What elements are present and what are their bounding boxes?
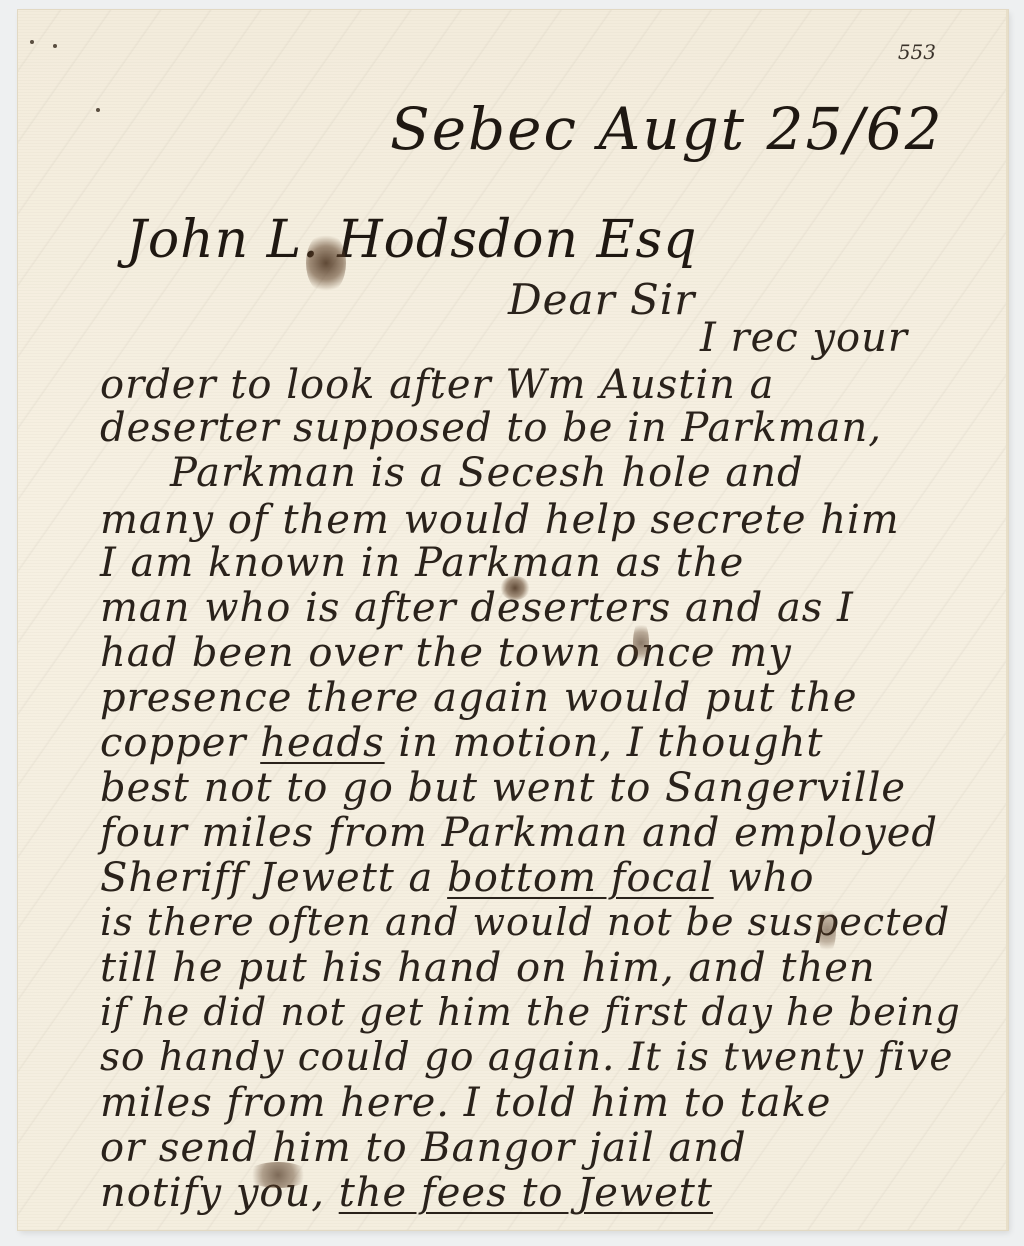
ink-blot (246, 1162, 310, 1188)
paper-speck (30, 40, 34, 44)
letter-line: best not to go but went to Sangerville (100, 765, 906, 811)
underlined-text: heads (260, 720, 384, 766)
underlined-text: the fees to Jewett (339, 1170, 713, 1216)
paper-speck (53, 44, 57, 48)
letter-line: miles from here. I told him to take (100, 1080, 831, 1126)
letter-line: many of them would help secrete him (100, 497, 900, 543)
letter-line: copper heads in motion, I thought (100, 720, 823, 766)
ink-blot (633, 620, 649, 666)
letter-line: or send him to Bangor jail and (100, 1125, 747, 1171)
greeting: Dear Sir (508, 275, 695, 324)
line-text: Sheriff Jewett a (100, 855, 447, 901)
letter-line: if he did not get him the first day he b… (100, 990, 961, 1034)
scan-stage: 553 Sebec Augt 25/62 John L. Hodsdon Esq… (0, 0, 1024, 1246)
ink-blot (500, 576, 530, 600)
line-text: in motion, I thought (385, 720, 824, 766)
letter-line: so handy could go again. It is twenty fi… (100, 1035, 953, 1080)
letter-line: order to look after Wm Austin a (100, 362, 774, 408)
line-text: who (714, 855, 815, 901)
letter-line: I rec your (700, 315, 908, 361)
paper-speck (96, 108, 100, 112)
page-number: 553 (898, 40, 936, 64)
letter-line: man who is after deserters and as I (100, 585, 854, 631)
line-text: copper (100, 720, 260, 766)
letter-line: presence there again would put the (100, 675, 858, 721)
underlined-text: bottom focal (447, 855, 714, 901)
addressee: John L. Hodsdon Esq (126, 210, 697, 270)
letter-line: four miles from Parkman and employed (100, 810, 938, 856)
letter-line: had been over the town once my (100, 630, 792, 676)
ink-blot (818, 905, 836, 955)
letter-line: Parkman is a Secesh hole and (170, 450, 804, 496)
dateline: Sebec Augt 25/62 (390, 95, 944, 163)
letter-line: till he put his hand on him, and then (100, 945, 876, 991)
letter-line: deserter supposed to be in Parkman, (100, 405, 882, 451)
ink-blot (306, 232, 346, 294)
letter-line: Sheriff Jewett a bottom focal who (100, 855, 814, 901)
letter-page: 553 Sebec Augt 25/62 John L. Hodsdon Esq… (18, 10, 1008, 1230)
letter-line: notify you, the fees to Jewett (100, 1170, 713, 1216)
letter-line: I am known in Parkman as the (100, 540, 744, 586)
